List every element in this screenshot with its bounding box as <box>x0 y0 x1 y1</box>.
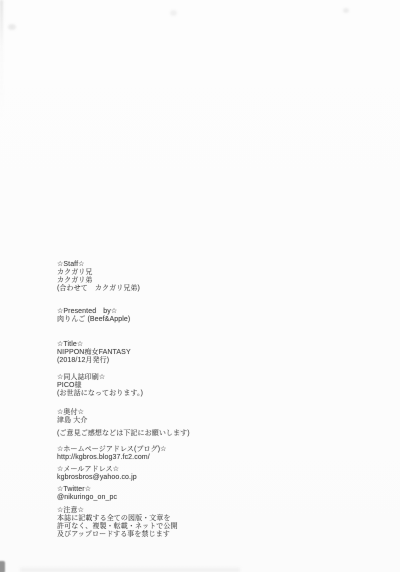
section-heading: ☆奥付☆ <box>57 409 190 417</box>
section-heading: ☆同人誌印刷☆ <box>57 374 143 382</box>
section-line: (お世話になっております。) <box>57 390 143 398</box>
section-heading: ☆Presented by☆ <box>57 308 130 316</box>
printer-name: PICO様 <box>57 382 143 390</box>
scan-noise-dot <box>8 24 16 30</box>
section-heading: ☆Staff☆ <box>57 261 140 269</box>
section-line: (ご意見ご感想などは下記にお願いします) <box>57 430 190 438</box>
section-twitter: ☆Twitter☆ @nikuringo_on_pc <box>57 486 117 502</box>
scan-noise-dot <box>170 10 177 16</box>
section-homepage: ☆ホームページアドレス(ブログ)☆ http://kgbros.blog37.f… <box>57 446 167 462</box>
section-line: (合わせて カクガリ兄弟) <box>57 285 140 293</box>
section-presented-by: ☆Presented by☆ 肉りんご (Beef&Apple) <box>57 308 130 324</box>
twitter-handle: @nikuringo_on_pc <box>57 494 117 502</box>
section-heading: ☆Title☆ <box>57 341 131 349</box>
section-line: カクガリ兄 <box>57 269 140 277</box>
scan-bottom-smudge <box>20 568 240 572</box>
homepage-url: http://kgbros.blog37.fc2.com/ <box>57 454 167 462</box>
publication-date: (2018/12月発行) <box>57 357 131 365</box>
section-line: カクガリ弟 <box>57 277 140 285</box>
section-heading: ☆注意☆ <box>57 507 178 515</box>
scanned-colophon-page: ☆Staff☆ カクガリ兄 カクガリ弟 (合わせて カクガリ兄弟) ☆Prese… <box>0 0 400 572</box>
notice-line: 及びアップロードする事を禁じます <box>57 531 178 539</box>
section-okuzuke: ☆奥付☆ 津島 大介 (ご意見ご感想などは下記にお願いします) <box>57 409 190 438</box>
section-notice: ☆注意☆ 本誌に記載する全ての図版・文章を 許可なく、複製・転載・ネットで公開 … <box>57 507 178 539</box>
section-heading: ☆Twitter☆ <box>57 486 117 494</box>
section-staff: ☆Staff☆ カクガリ兄 カクガリ弟 (合わせて カクガリ兄弟) <box>57 261 140 293</box>
scan-edge-smudge <box>0 0 3 120</box>
section-heading: ☆ホームページアドレス(ブログ)☆ <box>57 446 167 454</box>
book-title: NIPPON痴女FANTASY <box>57 349 131 357</box>
scan-corner-mark <box>0 561 5 572</box>
notice-line: 許可なく、複製・転載・ネットで公開 <box>57 523 178 531</box>
scan-noise-dot <box>343 8 349 13</box>
section-printer: ☆同人誌印刷☆ PICO様 (お世話になっております。) <box>57 374 143 398</box>
publisher-name: 津島 大介 <box>57 417 190 425</box>
email-address: kgbrosbros@yahoo.co.jp <box>57 474 137 482</box>
section-email: ☆メールアドレス☆ kgbrosbros@yahoo.co.jp <box>57 466 137 482</box>
section-line: 肉りんご (Beef&Apple) <box>57 316 130 324</box>
notice-line: 本誌に記載する全ての図版・文章を <box>57 515 178 523</box>
section-heading: ☆メールアドレス☆ <box>57 466 137 474</box>
section-title: ☆Title☆ NIPPON痴女FANTASY (2018/12月発行) <box>57 341 131 365</box>
